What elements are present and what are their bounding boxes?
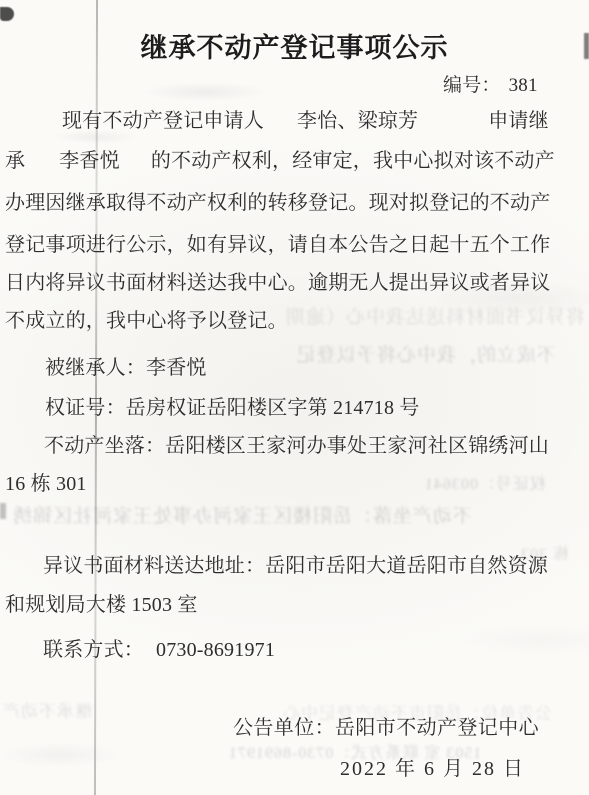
field-contact: 联系方式：0730-8691971 <box>43 638 275 662</box>
decedent-name: 李香悦 <box>59 150 120 172</box>
scanned-notice-page: 将异议书面材料送达我中心（逾期 不成立的，我中心将予以登记 权证号：003641… <box>0 0 589 795</box>
notice-number-value: 381 <box>509 75 538 96</box>
body-line-5: 日内将异议书面材料送达我中心。逾期无人提出异议或者异议 <box>5 271 550 295</box>
notice-number: 编号：381 <box>443 74 538 98</box>
contact-label: 联系方式： <box>43 639 144 661</box>
notice-number-label: 编号： <box>443 75 501 96</box>
field-objection-address-line1: 异议书面材料送达地址：岳阳市岳阳大道岳阳市自然资源 <box>43 554 548 578</box>
scan-artifact-corner-mark <box>0 7 14 21</box>
bleedthrough-text: 不动产坐落：岳阳楼区王家河办事处王家河社区锦绣 <box>12 501 472 528</box>
bleedthrough-text: 将异议书面材料送达我中心（逾期 <box>285 302 585 329</box>
bleedthrough-text: 权证号：003641 <box>424 471 546 494</box>
field-certificate-number: 权证号：岳房权证岳阳楼区字第 214718 号 <box>45 396 420 420</box>
bleedthrough-text: 继承不动产 <box>2 697 92 722</box>
contact-phone-number: 0730-8691971 <box>156 639 275 661</box>
body-line-6: 不成立的，我中心将予以登记。 <box>5 309 288 333</box>
body-line-3: 办理因继承取得不动产权利的转移登记。现对拟登记的不动产 <box>5 191 550 215</box>
body-line-2: 承李香悦的不动产权利，经审定，我中心拟对该不动产 <box>5 149 555 173</box>
applicants-names: 李怡、梁琼芳 <box>297 110 418 132</box>
body-line-1-prefix: 现有不动产登记申请人 <box>62 110 264 132</box>
field-property-location-line1: 不动产坐落：岳阳楼区王家河办事处王家河社区锦绣河山 <box>44 434 549 458</box>
body-line-2-suffix: 的不动产权利，经审定，我中心拟对该不动产 <box>151 150 555 172</box>
body-line-4: 登记事项进行公示，如有异议，请自本公告之日起十五个工作 <box>5 233 550 257</box>
field-objection-address-line2: 和规划局大楼 1503 室 <box>5 593 198 617</box>
notice-title: 继承不动产登记事项公示 <box>0 26 589 65</box>
footer-date: 2022 年 6 月 28 日 <box>340 757 525 781</box>
body-line-1-suffix: 申请继 <box>488 110 549 132</box>
field-decedent: 被继承人：李香悦 <box>45 356 207 380</box>
bleedthrough-text: 不成立的，我中心将予以登记 <box>296 340 556 367</box>
body-line-1: 现有不动产登记申请人李怡、梁琼芳申请继 <box>62 109 549 133</box>
body-line-2-prefix: 承 <box>5 150 25 172</box>
field-property-location-line2: 16 栋 301 <box>5 472 87 496</box>
scan-artifact-speck <box>0 503 6 519</box>
footer-issuer: 公告单位：岳阳市不动产登记中心 <box>233 716 539 740</box>
